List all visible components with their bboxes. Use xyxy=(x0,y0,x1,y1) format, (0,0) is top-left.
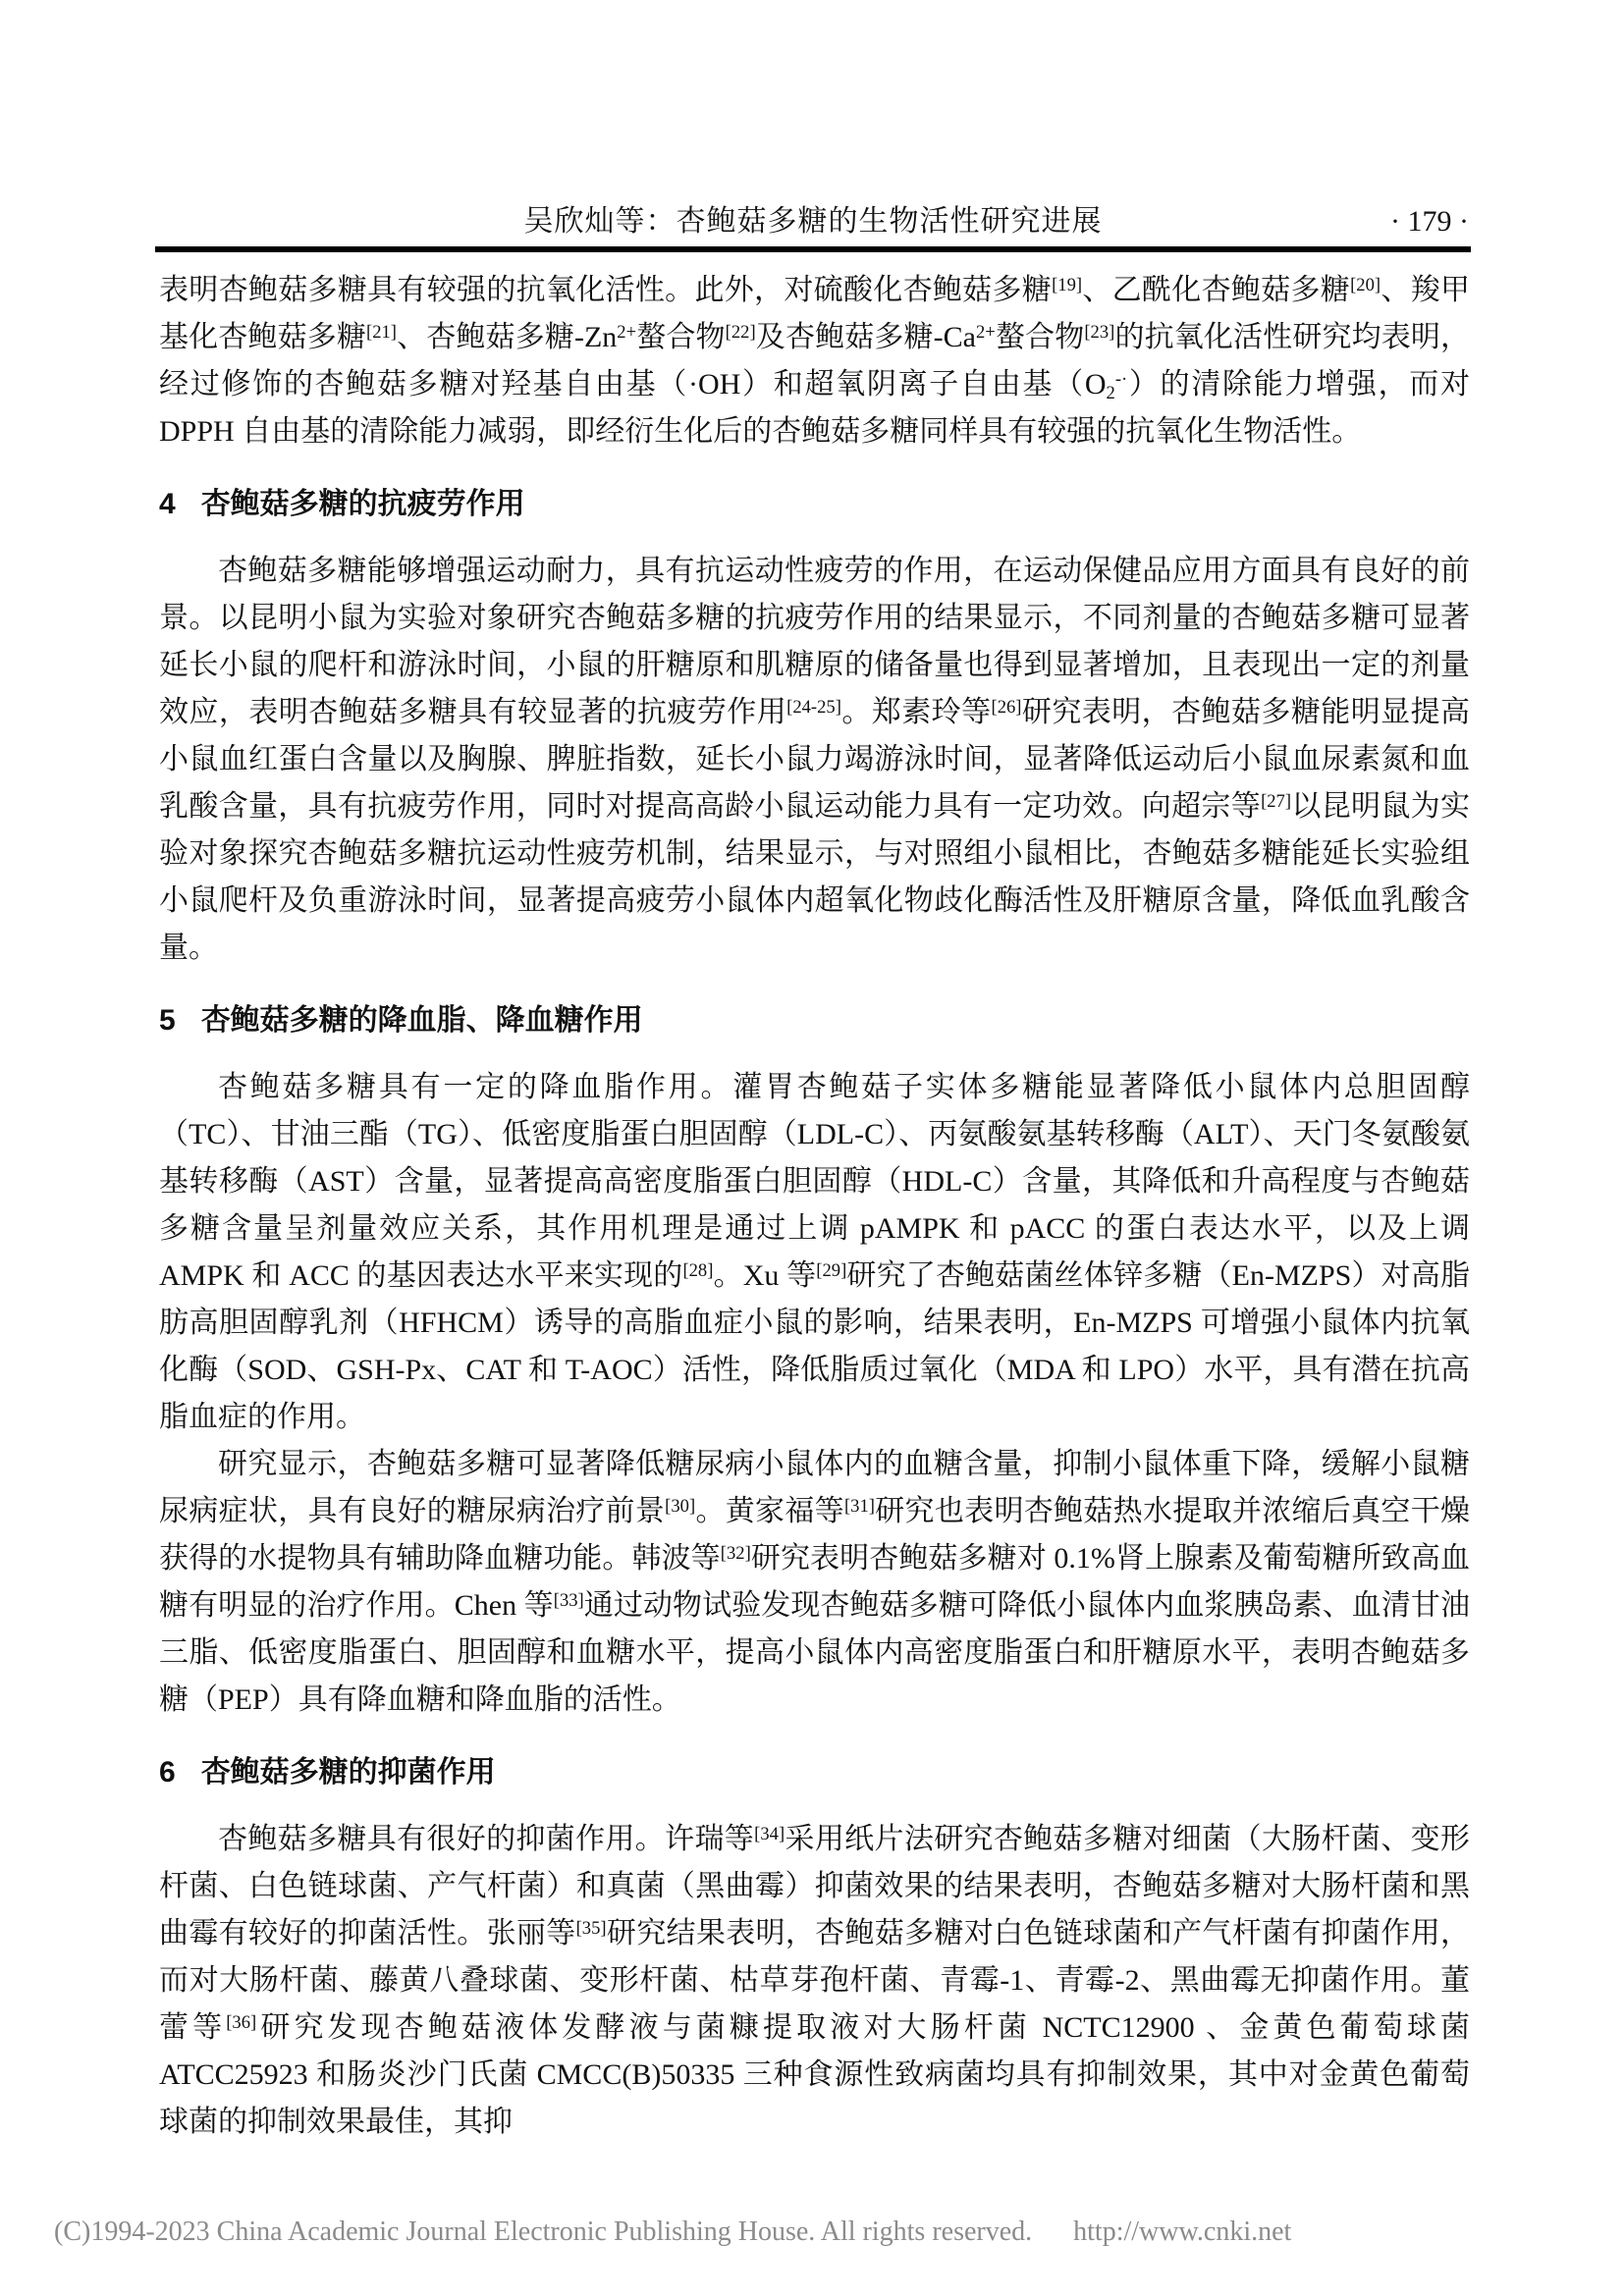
superscript-reference: [27] xyxy=(1261,791,1291,812)
superscript-reference: -· xyxy=(1115,369,1127,390)
superscript-reference: 2+ xyxy=(617,322,636,343)
page-footer: (C)1994-2023 China Academic Journal Elec… xyxy=(54,2216,1291,2249)
superscript-reference: [20] xyxy=(1350,275,1380,295)
section-heading: 6杏鲍菇多糖的抑菌作用 xyxy=(159,1749,1470,1796)
superscript-reference: [32] xyxy=(721,1543,751,1564)
section-number: 6 xyxy=(159,1749,176,1796)
section-title: 杏鲍菇多糖的抑菌作用 xyxy=(201,1756,496,1789)
superscript-reference: [31] xyxy=(844,1496,875,1517)
superscript-reference: [35] xyxy=(576,1918,607,1939)
superscript-reference: [21] xyxy=(366,322,397,343)
superscript-reference: [28] xyxy=(682,1260,713,1281)
superscript-reference: [33] xyxy=(554,1590,584,1611)
section-heading: 4杏鲍菇多糖的抗疲劳作用 xyxy=(159,481,1470,528)
document-page: 吴欣灿等：杏鲍菇多糖的生物活性研究进展 · 179 · 表明杏鲍菇多糖具有较强的… xyxy=(0,0,1624,2296)
page-header: 吴欣灿等：杏鲍菇多糖的生物活性研究进展 · 179 · xyxy=(157,199,1469,244)
page-number: · 179 · xyxy=(1390,199,1469,244)
footer-url[interactable]: http://www.cnki.net xyxy=(1073,2216,1291,2249)
section-number: 5 xyxy=(159,997,176,1044)
article-body: 表明杏鲍菇多糖具有较强的抗氧化活性。此外，对硫酸化杏鲍菇多糖[19]、乙酰化杏鲍… xyxy=(159,267,1470,2146)
superscript-reference: [36] xyxy=(226,2012,256,2033)
section-number: 4 xyxy=(159,481,176,528)
superscript-reference: 2+ xyxy=(976,322,996,343)
paragraph: 杏鲍菇多糖具有很好的抑菌作用。许瑞等[34]采用纸片法研究杏鲍菇多糖对细菌（大肠… xyxy=(159,1816,1470,2146)
superscript-reference: [29] xyxy=(816,1260,846,1281)
header-rule xyxy=(155,246,1471,252)
paragraph: 研究显示，杏鲍菇多糖可显著降低糖尿病小鼠体内的血糖含量，抑制小鼠体重下降，缓解小… xyxy=(159,1441,1470,1724)
superscript-reference: [26] xyxy=(992,697,1022,718)
superscript-reference: [30] xyxy=(665,1496,695,1517)
section-title: 杏鲍菇多糖的降血脂、降血糖作用 xyxy=(201,1004,643,1037)
superscript-reference: [24-25] xyxy=(786,697,841,718)
running-title: 吴欣灿等：杏鲍菇多糖的生物活性研究进展 xyxy=(157,199,1469,244)
section-heading: 5杏鲍菇多糖的降血脂、降血糖作用 xyxy=(159,997,1470,1044)
superscript-reference: [19] xyxy=(1052,275,1082,295)
section-title: 杏鲍菇多糖的抗疲劳作用 xyxy=(201,488,525,520)
paragraph: 表明杏鲍菇多糖具有较强的抗氧化活性。此外，对硫酸化杏鲍菇多糖[19]、乙酰化杏鲍… xyxy=(159,267,1470,455)
superscript-reference: [22] xyxy=(726,322,756,343)
superscript-reference: [34] xyxy=(754,1824,785,1844)
footer-copyright: (C)1994-2023 China Academic Journal Elec… xyxy=(54,2216,1032,2249)
paragraph: 杏鲍菇多糖能够增强运动耐力，具有抗运动性疲劳的作用，在运动保健品应用方面具有良好… xyxy=(159,548,1470,972)
paragraph: 杏鲍菇多糖具有一定的降血脂作用。灌胃杏鲍菇子实体多糖能显著降低小鼠体内总胆固醇（… xyxy=(159,1064,1470,1441)
superscript-reference: [23] xyxy=(1084,322,1114,343)
subscript: 2 xyxy=(1107,383,1115,403)
